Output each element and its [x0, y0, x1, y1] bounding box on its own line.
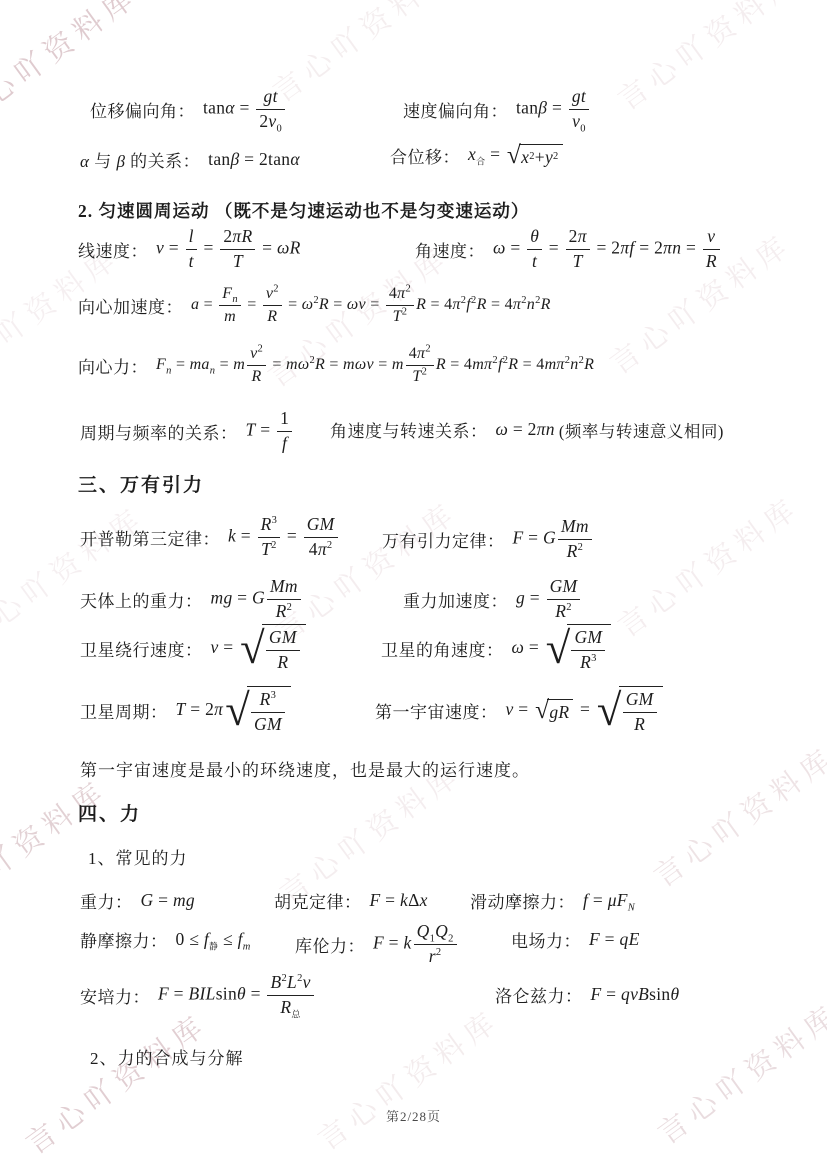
- formula-label: 胡克定律：: [274, 888, 362, 913]
- formula-label: 向心力：: [78, 353, 148, 378]
- formula-hookes-law: 胡克定律： F = kΔx: [274, 888, 428, 913]
- formula-expression: F = kΔx: [370, 890, 428, 911]
- formula-label: 卫星的角速度：: [381, 636, 504, 661]
- subheading-force-composition: 2、力的合成与分解: [90, 1044, 244, 1069]
- subheading-common-forces: 1、常见的力: [88, 844, 188, 869]
- formula-label: 安培力：: [80, 983, 150, 1008]
- formula-expression: tanα = gt2v0: [203, 86, 287, 133]
- formula-note: (频率与转速意义相同): [559, 418, 724, 442]
- formula-label: 第一宇宙速度：: [375, 698, 498, 723]
- formula-expression: x合 = √x2 + y2: [468, 144, 565, 168]
- formula-label: 万有引力定律：: [382, 527, 505, 552]
- formula-displacement-deflection-angle: 位移偏向角： tanα = gt2v0: [90, 86, 287, 133]
- formula-label: 速度偏向角：: [403, 97, 508, 122]
- formula-label: α 与 β 的关系：: [80, 147, 200, 172]
- heading-force: 四、力: [78, 799, 141, 826]
- formula-expression: v = √gR = √GMR: [506, 686, 665, 736]
- formula-coulomb-force: 库伦力： F = kQ1Q2r2: [295, 921, 459, 968]
- formula-centripetal-force: 向心力： Fn = man = mv2R = mω2R = mωv = m4π2…: [78, 344, 594, 387]
- formula-expression: a = Fnm = v2R = ω2R = ωv = 4π2T2R = 4π2f…: [191, 284, 551, 327]
- formula-expression: mg = GMmR2: [211, 576, 303, 623]
- formula-expression: g = GMR2: [516, 576, 582, 623]
- page-number: 第2/28页: [0, 1106, 827, 1125]
- formula-sliding-friction: 滑动摩擦力： f = μFN: [470, 888, 635, 913]
- formula-label: 洛仑兹力：: [495, 982, 583, 1007]
- formula-alpha-beta-relation: α 与 β 的关系： tanβ = 2tanα: [80, 147, 300, 172]
- formula-label: 向心加速度：: [78, 293, 183, 318]
- formula-expression: F = GMmR2: [513, 516, 594, 563]
- formula-expression: tanβ = gtv0: [516, 86, 591, 133]
- formula-expression: G = mg: [141, 890, 195, 911]
- formula-kepler-third-law: 开普勒第三定律： k = R3T2 = GM4π2: [80, 514, 340, 561]
- formula-expression: F = qE: [589, 929, 640, 950]
- formula-satellite-orbital-velocity: 卫星绕行速度： v = √GMR: [80, 624, 308, 674]
- formula-expression: v = √GMR: [211, 624, 308, 674]
- formula-label: 重力：: [80, 888, 133, 913]
- formula-label: 卫星周期：: [80, 698, 168, 723]
- formula-expression: ω = θt = 2πT = 2πf = 2πn = vR: [493, 226, 722, 273]
- formula-expression: F = kQ1Q2r2: [373, 921, 459, 968]
- formula-expression: F = qvBsinθ: [591, 984, 680, 1005]
- formula-linear-velocity: 线速度： v = lt = 2πRT = ωR: [78, 226, 301, 273]
- heading-uniform-circular-motion: 2. 匀速圆周运动 （既不是匀速运动也不是匀变速运动）: [78, 198, 529, 223]
- formula-ampere-force: 安培力： F = BILsinθ = B2L2vR总: [80, 972, 316, 1019]
- formula-label: 合位移：: [390, 143, 460, 168]
- formula-expression: ω = √GMR3: [512, 624, 614, 674]
- formula-law-of-gravitation: 万有引力定律： F = GMmR2: [382, 516, 594, 563]
- formula-angular-velocity: 角速度： ω = θt = 2πT = 2πf = 2πn = vR: [415, 226, 722, 273]
- formula-period-frequency-relation: 周期与频率的关系： T = 1f: [80, 408, 294, 455]
- formula-angular-rotational-relation: 角速度与转速关系： ω = 2πn (频率与转速意义相同): [330, 417, 724, 442]
- formula-label: 线速度：: [78, 237, 148, 262]
- formula-label: 重力加速度：: [403, 587, 508, 612]
- formula-expression: T = 2π√R3GM: [176, 686, 293, 736]
- formula-label: 角速度与转速关系：: [330, 417, 488, 442]
- formula-resultant-displacement: 合位移： x合 = √x2 + y2: [390, 143, 565, 168]
- formula-label: 滑动摩擦力：: [470, 888, 575, 913]
- formula-expression: Fn = man = mv2R = mω2R = mωv = m4π2T2R =…: [156, 344, 594, 387]
- formula-first-cosmic-velocity: 第一宇宙速度： v = √gR = √GMR: [375, 686, 665, 736]
- formula-satellite-period: 卫星周期： T = 2π√R3GM: [80, 686, 293, 736]
- formula-label: 周期与频率的关系：: [80, 419, 238, 444]
- formula-lorentz-force: 洛仑兹力： F = qvBsinθ: [495, 982, 679, 1007]
- formula-electric-force: 电场力： F = qE: [511, 927, 640, 952]
- formula-expression: T = 1f: [246, 408, 295, 455]
- formula-label: 静摩擦力：: [80, 927, 168, 952]
- formula-gravitational-acceleration: 重力加速度： g = GMR2: [403, 576, 582, 623]
- formula-gravity: 重力： G = mg: [80, 888, 195, 913]
- formula-expression: 0 ≤ f静 ≤ fm: [176, 929, 251, 950]
- formula-velocity-deflection-angle: 速度偏向角： tanβ = gtv0: [403, 86, 591, 133]
- document-content: 位移偏向角： tanα = gt2v0 速度偏向角： tanβ = gtv0 α…: [0, 0, 827, 1169]
- formula-label: 位移偏向角：: [90, 97, 195, 122]
- formula-label: 开普勒第三定律：: [80, 525, 220, 550]
- formula-expression: f = μFN: [583, 890, 635, 911]
- formula-label: 卫星绕行速度：: [80, 636, 203, 661]
- formula-static-friction: 静摩擦力： 0 ≤ f静 ≤ fm: [80, 927, 251, 952]
- note-first-cosmic-velocity: 第一宇宙速度是最小的环绕速度，也是最大的运行速度。: [80, 756, 530, 781]
- formula-expression: ω = 2πn: [496, 419, 555, 440]
- formula-gravity-on-celestial-body: 天体上的重力： mg = GMmR2: [80, 576, 303, 623]
- formula-expression: k = R3T2 = GM4π2: [228, 514, 340, 561]
- document-page: 言心吖资料库言心吖资料库言心吖资料库言心吖资料库言心吖资料库言心吖资料库言心吖资…: [0, 0, 827, 1169]
- formula-expression: F = BILsinθ = B2L2vR总: [158, 972, 316, 1019]
- heading-universal-gravitation: 三、万有引力: [78, 470, 204, 497]
- formula-expression: tanβ = 2tanα: [208, 149, 300, 170]
- formula-expression: v = lt = 2πRT = ωR: [156, 226, 301, 273]
- formula-satellite-angular-velocity: 卫星的角速度： ω = √GMR3: [381, 624, 613, 674]
- formula-label: 角速度：: [415, 237, 485, 262]
- formula-label: 电场力：: [511, 927, 581, 952]
- formula-centripetal-acceleration: 向心加速度： a = Fnm = v2R = ω2R = ωv = 4π2T2R…: [78, 284, 551, 327]
- formula-label: 天体上的重力：: [80, 587, 203, 612]
- formula-label: 库伦力：: [295, 932, 365, 957]
